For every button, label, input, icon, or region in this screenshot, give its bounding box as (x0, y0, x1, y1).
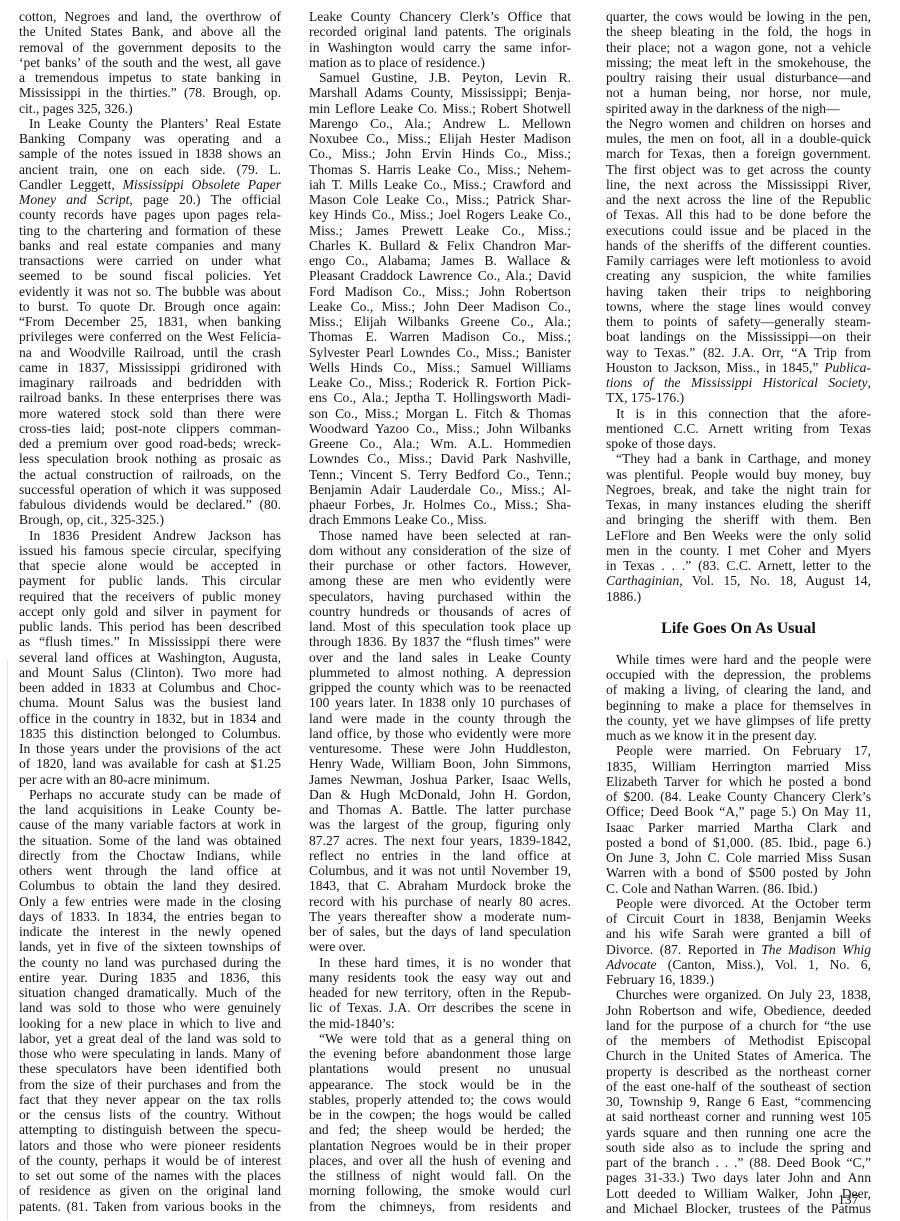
text-line: iah T. Mills Leake Co., Miss.; Crawford … (309, 177, 571, 192)
text-line: less speculation brook nothing as prosai… (19, 451, 281, 466)
line-text: The years thereafter show a moderate num… (309, 909, 571, 924)
line-text: Church in the United States of America. … (606, 1048, 871, 1063)
line-text: Woodward Yazoo Co., Miss.; John Wilbanks (309, 421, 571, 436)
text-line: LeFlore and Ben Weeks were the only soli… (606, 528, 871, 543)
line-text: cit., pages 325, 326.) (19, 101, 133, 116)
line-text: yards square and then running one acre t… (606, 1125, 871, 1140)
text-line: fabulous dividends would be declared.” (… (19, 497, 281, 512)
line-text: much as we know it in the present day. (606, 728, 817, 743)
line-text: in Texas . . .” (83. C.C. Arnett, letter… (606, 558, 871, 573)
text-line: 87.27 acres. The next four years, 1839-1… (309, 833, 571, 848)
text-line: to burst. To quote Dr. Brough once again… (19, 299, 281, 314)
line-text: stables, properly attended to; the cows … (309, 1092, 571, 1107)
line-text: plantations would present no unusual (309, 1061, 571, 1076)
text-line: TX, 175-176.) (606, 390, 871, 405)
line-text: imaginary railroads and bedridden with (19, 375, 281, 390)
line-text: accept only gold and silver in payment f… (19, 604, 281, 619)
line-text: Sylvester Pearl Lowndes Co., Miss.; Bani… (309, 345, 571, 360)
text-line: of $200. (84. Leake County Chancery Cler… (606, 789, 871, 804)
text-line: quarter, the cows would be lowing in the… (606, 9, 871, 24)
line-text: gripped the county which was to be reena… (309, 680, 571, 695)
text-line: hands of the sheriffs of the different c… (606, 238, 871, 253)
italic-text: Mississippi Obsolete Paper (123, 177, 281, 192)
text-line: Sylvester Pearl Lowndes Co., Miss.; Bani… (309, 345, 571, 360)
line-text: and fed; the sheep would be herded; the (309, 1122, 571, 1137)
text-line: plantations would present no unusual (309, 1061, 571, 1076)
line-text: Lowndes Co., Miss.; David Park Nashville… (309, 451, 571, 466)
line-text: their place; not a wagon gone, not a veh… (606, 40, 871, 55)
text-line: appearance. The stock would be in the (309, 1077, 571, 1092)
text-line: It is in this connection that the afore- (606, 406, 871, 421)
line-text: march for Texas, then a foreign governme… (606, 146, 871, 161)
text-line: transactions were carried on under what (19, 253, 281, 268)
line-text: LeFlore and Ben Weeks were the only soli… (606, 528, 871, 543)
text-line: issued his famous specie circular, speci… (19, 543, 281, 558)
text-line: and Mount Salus (Clinton). Two more had (19, 665, 281, 680)
line-text: removal of the government deposits to th… (19, 40, 281, 55)
line-text: part of the branch . . .” (88. Deed Book… (606, 1155, 871, 1170)
text-line: Churches were organized. On July 23, 183… (606, 987, 871, 1002)
line-text: TX, 175-176.) (606, 390, 684, 405)
text-line: February 16, 1839.) (606, 972, 871, 987)
line-text: Leake Co., Miss.; John Deer Madison Co., (309, 299, 571, 314)
text-line: cit., pages 325, 326.) (19, 101, 281, 116)
text-line: Pleasant Craddock Lawrence Co., Ala.; Da… (309, 268, 571, 283)
line-text: as “flush times.” In Mississippi there w… (19, 634, 281, 649)
text-line: these speculators have been identified b… (19, 1061, 281, 1076)
line-text: looking for a new place in which to live… (19, 1016, 281, 1031)
text-line: Houston to Jackson, Miss., in 1845,” Pub… (606, 360, 871, 375)
text-line: were over. (309, 939, 571, 954)
line-text: and Thomas A. Battle. The latter purchas… (309, 802, 571, 817)
text-line: lands, yet in five of the sixteen townsh… (19, 939, 281, 954)
text-line: James Newman, Joshua Parker, Isaac Wells… (309, 772, 571, 787)
section-heading: Life Goes On As Usual (606, 620, 871, 638)
line-text: them to points of safety—generally steam… (606, 314, 871, 329)
line-text: been added in 1833 at Columbus and Choc- (19, 680, 281, 695)
line-text: banks and real estate companies and many (19, 238, 281, 253)
text-line: plummeted to almost nothing. A depressio… (309, 665, 571, 680)
line-text: Noxubee Co., Miss.; Elijah Hester Madiso… (309, 131, 571, 146)
text-line: several land offices at Washington, Augu… (19, 650, 281, 665)
text-line: of Circuit Court in 1838, Benjamin Weeks (606, 911, 871, 926)
text-line: and bringing the sheriff with them. Ben (606, 512, 871, 527)
text-line: Woodward Yazoo Co., Miss.; John Wilbanks (309, 421, 571, 436)
line-text: entire year. During 1835 and 1836, this (19, 970, 281, 985)
line-text: to burst. To quote Dr. Brough once again… (19, 299, 281, 314)
line-text: in Washington would carry the same infor… (309, 40, 571, 55)
line-text: Banking Company was operating and a (19, 131, 281, 146)
line-text: In Leake County the Planters’ Real Estat… (29, 116, 281, 131)
text-line: of Texas. All this had to be done before… (606, 207, 871, 222)
line-text: the county, yet we have glimpses of life… (606, 713, 871, 728)
line-text: the mid-1840’s: (309, 1016, 395, 1031)
text-line: imaginary railroads and bedridden with (19, 375, 281, 390)
text-line: property is described as the northeast c… (606, 1064, 871, 1079)
text-line: Marengo Co., Ala.; Andrew L. Mellown (309, 116, 571, 131)
line-text: be in the cowpen; the hogs would be call… (309, 1107, 571, 1122)
text-line: ens Co., Ala.; Jeptha T. Hollingsworth M… (309, 390, 571, 405)
line-text: (Canton, Miss.), Vol. 1, No. 6, (657, 957, 871, 972)
text-line: of residence as given on the original la… (19, 1183, 281, 1198)
text-line: country hundreds or thousands of acres o… (309, 604, 571, 619)
line-text: reflect no entries in the land office at (309, 848, 571, 863)
line-text: Mason Cole Leake Co., Miss.; Patrick Sha… (309, 192, 571, 207)
line-text: In those years under the provisions of t… (19, 741, 281, 756)
text-line: in Washington would carry the same infor… (309, 40, 571, 55)
text-line: land for the purpose of a church for “th… (606, 1018, 871, 1033)
text-line: boat landings on the Mississippi—on thei… (606, 329, 871, 344)
text-line: People were divorced. At the October ter… (606, 896, 871, 911)
text-column-middle: Leake County Chancery Clerk’s Office tha… (309, 9, 571, 1214)
line-text: fabulous dividends would be declared.” (… (19, 497, 281, 512)
line-text: record with his purchase of nearly 80 ac… (309, 894, 571, 909)
text-line: Mississippi in the thirties.” (78. Broug… (19, 85, 281, 100)
text-line: at said northeast corner and running wes… (606, 1109, 871, 1124)
text-line: min Leflore Leake Co. Miss.; Robert Shot… (309, 101, 571, 116)
line-text: through 1836. By 1837 the “flush times” … (309, 634, 571, 649)
text-line: Thomas E. Warren Madison Co., Miss.; (309, 329, 571, 344)
italic-text: Money and Script (19, 192, 129, 207)
line-text: land was sold to those who were genuinel… (19, 1000, 281, 1015)
line-text: the actual construction of railroads, on… (19, 467, 281, 482)
text-line: speculators, having purchased within the (309, 589, 571, 604)
text-line: having taken their trips to neighboring (606, 284, 871, 299)
line-text: “From December 25, 1831, when banking (19, 314, 281, 329)
text-line: Ford Madison Co., Miss.; John Robertson (309, 284, 571, 299)
line-text: mules, the men on foot, all in a double-… (606, 131, 871, 146)
line-text: lands, yet in five of the sixteen townsh… (19, 939, 281, 954)
text-line: Negroes, break, and take the night train… (606, 482, 871, 497)
text-line: Isaac Parker married Martha Clark and (606, 820, 871, 835)
line-text: property is described as the northeast c… (606, 1064, 871, 1079)
line-text: drach Emmons Leake Co., Miss. (309, 512, 487, 527)
line-text: On June 3, John C. Cole married Miss Sus… (606, 850, 871, 865)
text-line: of 1820, land was available for cash at … (19, 756, 281, 771)
text-line: 1835, William Herrington married Miss (606, 759, 871, 774)
line-text: Ford Madison Co., Miss.; John Robertson (309, 284, 571, 299)
line-text: Family carriages were left motionless to… (606, 253, 871, 268)
text-line: morning following, the smoke would curl (309, 1183, 571, 1198)
text-line: march for Texas, then a foreign governme… (606, 146, 871, 161)
text-line: directly from the Choctaw Indians, while (19, 848, 281, 863)
text-line: While times were hard and the people wer… (606, 652, 871, 667)
line-text: more watered stock sold than there were (19, 406, 281, 421)
line-text: the United States Bank, and above all th… (19, 24, 281, 39)
text-line: the stillness of night would fall. On th… (309, 1168, 571, 1183)
line-text: morning following, the smoke would curl (309, 1183, 571, 1198)
line-text: cause of the many variable factors at wo… (19, 817, 281, 832)
line-text: Only a few entries were made in the clos… (19, 894, 281, 909)
text-line: county records have pages upon pages rel… (19, 207, 281, 222)
line-text: phaeur Forbes, Jr. Holmes Co., Miss.; Sh… (309, 497, 571, 512)
line-text: “We were told that as a general thing on (319, 1031, 571, 1046)
line-text: hands of the sheriffs of the different c… (606, 238, 871, 253)
text-line: their purchase or other factors. However… (309, 558, 571, 573)
text-line: “They had a bank in Carthage, and money (606, 451, 871, 466)
line-text: Houston to Jackson, Miss., in 1845,” (606, 360, 824, 375)
text-line: Office; Deed Book “A,” page 5.) On May 1… (606, 804, 871, 819)
text-line: in Texas . . .” (83. C.C. Arnett, letter… (606, 558, 871, 573)
text-line: occupied with the depression, the proble… (606, 667, 871, 682)
line-text: or the census lists of the country. With… (19, 1107, 281, 1122)
line-text: and the next across the line of the Repu… (606, 192, 871, 207)
document-page: cotton, Negroes and land, the overthrow … (0, 0, 900, 1221)
line-text: venturesome. These were John Huddleston, (309, 741, 571, 756)
text-line: reflect no entries in the land office at (309, 848, 571, 863)
line-text: lic of Texas. J.A. Orr describes the sce… (309, 1000, 571, 1015)
line-text: , (868, 375, 871, 390)
line-text: from the size of their purchases and fro… (19, 1077, 281, 1092)
line-text: dom without any consideration of the siz… (309, 543, 571, 558)
text-line: tions of the Mississippi Historical Soci… (606, 375, 871, 390)
text-line: men in the county. I met Coher and Myers (606, 543, 871, 558)
text-line: successful operation of which it was sup… (19, 482, 281, 497)
line-text: privileges were conferred on the West Fe… (19, 329, 281, 344)
text-line: ded a premium over good road-beds; wreck… (19, 436, 281, 451)
line-text: those who were speculating in lands. Man… (19, 1046, 281, 1061)
line-text: 1886.) (606, 589, 641, 604)
line-text: several land offices at Washington, Augu… (19, 650, 281, 665)
line-text: quarter, the cows would be lowing in the… (606, 9, 871, 24)
line-text: Elizabeth Tarver for which he posted a b… (606, 774, 871, 789)
line-text: Columbus, and it was not until November … (309, 863, 571, 878)
line-text: Marshall Adams County, Mississippi; Benj… (309, 85, 571, 100)
line-text: evidently it was not so. The bubble was … (19, 284, 281, 299)
text-line: the evening before abandonment those lar… (309, 1046, 571, 1061)
text-line: Carthaginian, Vol. 15, No. 18, August 14… (606, 573, 871, 588)
text-line: Miss.; Elijah Wilbanks Greene Co., Ala.; (309, 314, 571, 329)
text-line: of making a living, of clearing the land… (606, 682, 871, 697)
line-text: less speculation brook nothing as prosai… (19, 451, 281, 466)
line-text: cotton, Negroes and land, the overthrow … (19, 9, 281, 24)
text-line: through 1836. By 1837 the “flush times” … (309, 634, 571, 649)
text-line: Leake County Chancery Clerk’s Office tha… (309, 9, 571, 24)
line-text: engo Co., Alabama; James B. Wallace & (309, 253, 571, 268)
text-line: among these are men who evidently were (309, 573, 571, 588)
text-line: son Co., Miss.; Morgan L. Fitch & Thomas (309, 406, 571, 421)
line-text: Henry Wade, William Boon, John Simmons, (309, 756, 571, 771)
line-text: People were married. On February 17, (616, 743, 871, 758)
line-text: spoke of those days. (606, 436, 716, 451)
line-text: , Vol. 15, No. 18, August 14, (679, 573, 871, 588)
text-line: accept only gold and silver in payment f… (19, 604, 281, 619)
text-line: engo Co., Alabama; James B. Wallace & (309, 253, 571, 268)
line-text: fact that they never appear on the tax r… (19, 1092, 281, 1107)
text-line: John Robertson and wife, Obedience, deed… (606, 1003, 871, 1018)
line-text: line, the next across the Mississippi Ri… (606, 177, 871, 192)
text-line: labor, yet a great deal of the land was … (19, 1031, 281, 1046)
line-text: 1835, William Herrington married Miss (606, 759, 871, 774)
line-text: the situation. Some of the land was obta… (19, 833, 281, 848)
line-text: People were divorced. At the October ter… (616, 896, 871, 911)
line-text: cross-ties laid; post-note clippers comm… (19, 421, 281, 436)
line-text: Those named have been selected at ran- (319, 528, 571, 543)
line-text: to set out some of the names with the pl… (19, 1168, 281, 1183)
line-text: In 1836 President Andrew Jackson has (29, 528, 281, 543)
text-line: gripped the county which was to be reena… (309, 680, 571, 695)
line-text: 1835 this distinction belonged to Columb… (19, 726, 281, 741)
line-text: While times were hard and the people wer… (616, 652, 871, 667)
line-text: many residents took the easy way out and (309, 970, 571, 985)
line-text: the land acquisitions in Leake County be… (19, 802, 281, 817)
line-text: and bringing the sheriff with them. Ben (606, 512, 871, 527)
line-text: beginning to make a place for themselves… (606, 698, 871, 713)
text-line: them to points of safety—generally steam… (606, 314, 871, 329)
text-line: office in the country in 1832, but in 18… (19, 711, 281, 726)
text-line: been added in 1833 at Columbus and Choc- (19, 680, 281, 695)
line-text: Charles K. Bullard & Felix Chandron Mar- (309, 238, 571, 253)
line-text: mentioned C.C. Arnett writing from Texas (606, 421, 871, 436)
line-text: men in the county. I met Coher and Myers (606, 543, 871, 558)
line-text: Columbus to obtain the land they desired… (19, 878, 281, 893)
text-line: per acre with an 80-acre minimum. (19, 772, 281, 787)
line-text: speculators, having purchased within the (309, 589, 571, 604)
text-line: lators and those who were pioneer reside… (19, 1138, 281, 1153)
line-text: of Circuit Court in 1838, Benjamin Weeks (606, 911, 871, 926)
text-line: The first object was to get across the c… (606, 162, 871, 177)
text-line: People were married. On February 17, (606, 743, 871, 758)
text-column-left: cotton, Negroes and land, the overthrow … (19, 9, 281, 1214)
text-line: In those years under the provisions of t… (19, 741, 281, 756)
line-text: and Mount Salus (Clinton). Two more had (19, 665, 281, 680)
text-line: “From December 25, 1831, when banking (19, 314, 281, 329)
text-line: Mason Cole Leake Co., Miss.; Patrick Sha… (309, 192, 571, 207)
text-line: indicate the interest in the newly opene… (19, 924, 281, 939)
text-line: and the next across the line of the Repu… (606, 192, 871, 207)
text-line: public lands. This period has been descr… (19, 619, 281, 634)
text-line: or the census lists of the country. With… (19, 1107, 281, 1122)
text-line: Leake Co., Miss.; Roderick R. Fortion Pi… (309, 375, 571, 390)
text-line: phaeur Forbes, Jr. Holmes Co., Miss.; Sh… (309, 497, 571, 512)
text-line: mentioned C.C. Arnett writing from Texas (606, 421, 871, 436)
line-text: of the county, perhaps it would be of in… (19, 1153, 281, 1168)
text-line: the situation. Some of the land was obta… (19, 833, 281, 848)
line-text: transactions were carried on under what (19, 253, 281, 268)
text-line: their place; not a wagon gone, not a veh… (606, 40, 871, 55)
line-text: Wells Hinds Co., Miss.; Samuel Williams (309, 360, 571, 375)
text-line: venturesome. These were John Huddleston, (309, 741, 571, 756)
line-text: Co., Miss.; John Ervin Hinds Co., Miss.; (309, 146, 571, 161)
line-text: Mississippi in the thirties.” (78. Broug… (19, 85, 281, 100)
line-text: appearance. The stock would be in the (309, 1077, 571, 1092)
text-line: 100 years later. In 1838 only 10 purchas… (309, 695, 571, 710)
text-line: “We were told that as a general thing on (309, 1031, 571, 1046)
italic-text: Advocate (606, 957, 657, 972)
text-line: Columbus, and it was not until November … (309, 863, 571, 878)
text-line: Lowndes Co., Miss.; David Park Nashville… (309, 451, 571, 466)
text-line: Columbus to obtain the land they desired… (19, 878, 281, 893)
line-text: Marengo Co., Ala.; Andrew L. Mellown (309, 116, 571, 131)
line-text: of $200. (84. Leake County Chancery Cler… (606, 789, 871, 804)
line-text: posted a bond of $1,000. (85. Ibid., pag… (606, 835, 871, 850)
line-text: county records have pages upon pages rel… (19, 207, 281, 222)
line-text: Miss.; James Prewett Leake Co., Miss.; (309, 223, 571, 238)
text-line: Charles K. Bullard & Felix Chandron Mar- (309, 238, 571, 253)
line-text: of the members of Methodist Episcopal (606, 1033, 871, 1048)
text-line: stables, properly attended to; the cows … (309, 1092, 571, 1107)
text-line: and Michael Blocker, trustees of the Pat… (606, 1201, 871, 1216)
text-line: more watered stock sold than there were (19, 406, 281, 421)
line-text: of residence as given on the original la… (19, 1183, 281, 1198)
line-text: Tenn.; Vincent S. Terry Bedford Co., Ten… (309, 467, 571, 482)
line-text: 87.27 acres. The next four years, 1839-1… (309, 833, 571, 848)
line-text: key Hinds Co., Miss.; Joel Rogers Leake … (309, 207, 571, 222)
text-line: chuma. Mount Salus was the busiest land (19, 695, 281, 710)
line-text: Leake County Chancery Clerk’s Office tha… (309, 9, 571, 24)
line-text: not a human being, nor horse, nor mule, (606, 85, 871, 100)
text-line: cotton, Negroes and land, the overthrow … (19, 9, 281, 24)
line-text: na and Woodville Railroad, until the cra… (19, 345, 281, 360)
text-line: Wells Hinds Co., Miss.; Samuel Williams (309, 360, 571, 375)
line-text: creating any suspicion, the white famili… (606, 268, 871, 283)
line-text: Dan & Hugh McDonald, John H. Gordon, (309, 787, 571, 802)
text-line: ber of sales, but the days of land specu… (309, 924, 571, 939)
text-line: patents. (81. Taken from various books i… (19, 1199, 281, 1214)
text-line: those who were speculating in lands. Man… (19, 1046, 281, 1061)
text-line: Greene Co., Ala.; Wm. A.L. Hommedien (309, 436, 571, 451)
italic-text: The Madison Whig (761, 942, 871, 957)
text-line: the sheep bleating in the fold, the hogs… (606, 24, 871, 39)
text-line: Marshall Adams County, Mississippi; Benj… (309, 85, 571, 100)
line-text: min Leflore Leake Co. Miss.; Robert Shot… (309, 101, 571, 116)
line-text: Brough, op, cit., 325-325.) (19, 512, 164, 527)
line-text: ‘pet banks’ of the south and the west, a… (19, 55, 281, 70)
line-text: seemed to be sound fiscal policies. Yet (19, 268, 281, 283)
text-line: banks and real estate companies and many (19, 238, 281, 253)
line-text: the evening before abandonment those lar… (309, 1046, 571, 1061)
line-text: over and the land sales in Leake County (309, 650, 571, 665)
text-line: looking for a new place in which to live… (19, 1016, 281, 1031)
text-line: over and the land sales in Leake County (309, 650, 571, 665)
line-text: Office; Deed Book “A,” page 5.) On May 1… (606, 804, 871, 819)
line-text: directly from the Choctaw Indians, while (19, 848, 281, 863)
text-line: headed for new territory, often in the R… (309, 985, 571, 1000)
line-text: Miss.; Elijah Wilbanks Greene Co., Ala.; (309, 314, 571, 329)
line-text: Churches were organized. On July 23, 183… (616, 987, 871, 1002)
line-text: mation as to place of residence.) (309, 55, 485, 70)
line-text: Samuel Gustine, J.B. Peyton, Levin R. (319, 70, 571, 85)
line-text: plummeted to almost nothing. A depressio… (309, 665, 571, 680)
line-text: Candler Leggett, (19, 177, 123, 192)
text-line: Dan & Hugh McDonald, John H. Gordon, (309, 787, 571, 802)
line-text: Perhaps no accurate study can be made of (29, 787, 281, 802)
text-line: drach Emmons Leake Co., Miss. (309, 512, 571, 527)
text-line: entire year. During 1835 and 1836, this (19, 970, 281, 985)
text-line: was plentiful. People would buy money, b… (606, 467, 871, 482)
line-text: occupied with the depression, the proble… (606, 667, 871, 682)
line-text: these speculators have been identified b… (19, 1061, 281, 1076)
text-line: cross-ties laid; post-note clippers comm… (19, 421, 281, 436)
line-text: son Co., Miss.; Morgan L. Fitch & Thomas (309, 406, 571, 421)
text-line: Benjamin Adair Lauderdale Co., Miss.; Al… (309, 482, 571, 497)
text-line: mation as to place of residence.) (309, 55, 571, 70)
text-line: ancient train, one on each side. (79. L. (19, 162, 281, 177)
text-line: mules, the men on foot, all in a double-… (606, 131, 871, 146)
text-line: sample of the notes issued in 1838 shows… (19, 146, 281, 161)
text-line: others went through the land office at (19, 863, 281, 878)
scan-edge-shadow (7, 660, 8, 1220)
text-line: to set out some of the names with the pl… (19, 1168, 281, 1183)
line-text: came in 1837, Mississippi gridironed wit… (19, 360, 281, 375)
text-line: days of 1833. In 1834, the entries began… (19, 909, 281, 924)
text-line: Lott deeded to William Walker, John Deer… (606, 1186, 871, 1201)
text-line: a tremendous impetus to state banking in (19, 70, 281, 85)
text-line: the actual construction of railroads, on… (19, 467, 281, 482)
text-line: Miss.; James Prewett Leake Co., Miss.; (309, 223, 571, 238)
text-line: not a human being, nor horse, nor mule, (606, 85, 871, 100)
text-line: yards square and then running one acre t… (606, 1125, 871, 1140)
